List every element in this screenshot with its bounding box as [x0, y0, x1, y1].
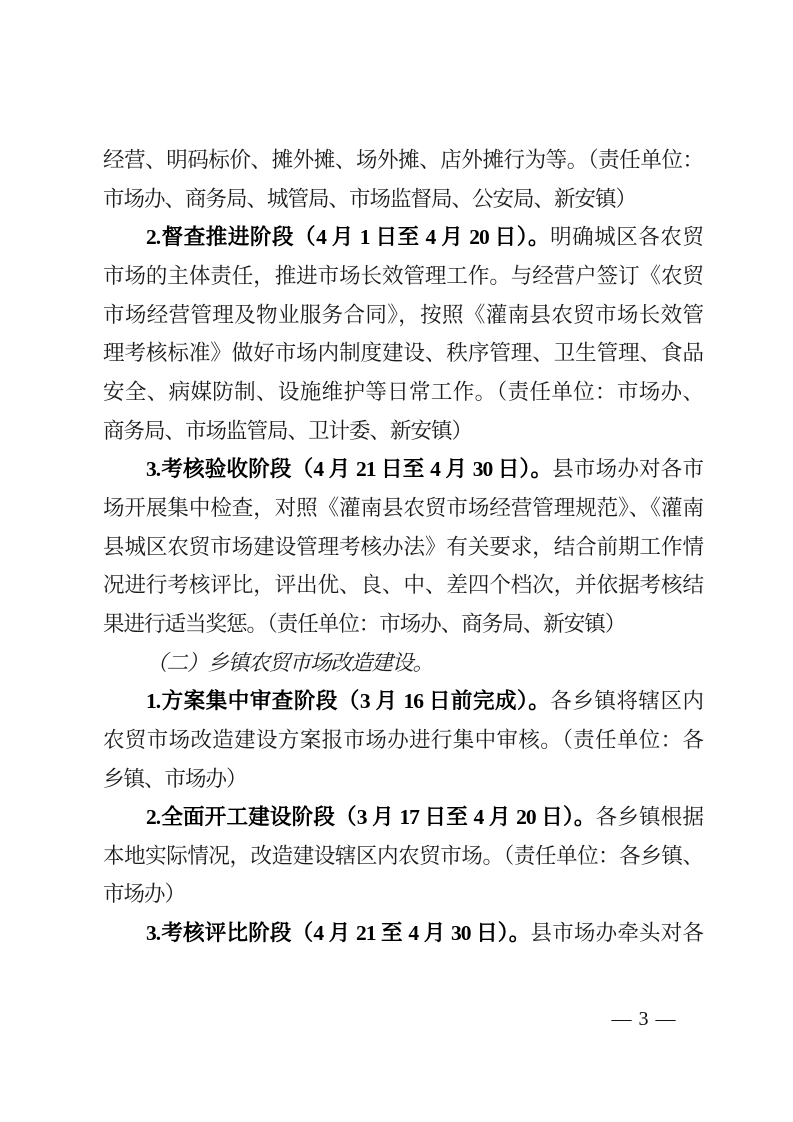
- text-segment: 商务局、市场监管局、卫计委、新安镇）: [103, 419, 472, 443]
- text-line: 商务局、市场监管局、卫计委、新安镇）: [103, 412, 703, 451]
- text-segment: 本地实际情况，改造建设辖区内农贸市场。（责任单位：各乡镇、: [103, 844, 703, 868]
- text-line: 果进行适当奖惩。（责任单位：市场办、商务局、新安镇）: [103, 605, 703, 644]
- document-page: 经营、明码标价、摊外摊、场外摊、店外摊行为等。（责任单位：市场办、商务局、城管局…: [0, 0, 793, 1122]
- text-segment: 明确城区各农贸: [550, 225, 703, 249]
- text-line: 2.全面开工建设阶段（3 月 17 日至 4 月 20 日）。各乡镇根据: [103, 798, 703, 837]
- section-heading-segment: （二）乡镇农贸市场改造建设。: [146, 651, 433, 675]
- text-segment: 各乡镇将辖区内: [550, 689, 703, 713]
- text-line: 市场的主体责任，推进市场长效管理工作。与经营户签订《农贸: [103, 257, 703, 296]
- text-segment: 农贸市场改造建设方案报市场办进行集中审核。（责任单位：各: [103, 728, 703, 752]
- text-segment: 市场办）: [103, 882, 185, 906]
- text-segment: 乡镇、市场办）: [103, 767, 247, 791]
- phase-heading-segment: 3.考核验收阶段（4 月 21 日至 4 月 30 日）。: [146, 457, 552, 481]
- text-line: 2.督查推进阶段（4 月 1 日至 4 月 20 日）。明确城区各农贸: [103, 218, 703, 257]
- text-line: 3.考核评比阶段（4 月 21 至 4 月 30 日）。县市场办牵头对各: [103, 914, 703, 953]
- phase-heading-segment: 1.方案集中审查阶段（3 月 16 日前完成）。: [146, 689, 550, 713]
- text-line: （二）乡镇农贸市场改造建设。: [103, 644, 703, 683]
- text-line: 况进行考核评比，评出优、良、中、差四个档次，并依据考核结: [103, 566, 703, 605]
- phase-heading-segment: 2.全面开工建设阶段（3 月 17 日至 4 月 20 日）。: [146, 805, 596, 829]
- text-segment: 果进行适当奖惩。（责任单位：市场办、商务局、新安镇）: [103, 612, 625, 636]
- text-segment: 县市场办牵头对各: [530, 921, 703, 945]
- text-line: 市场办）: [103, 875, 703, 914]
- text-segment: 况进行考核评比，评出优、良、中、差四个档次，并依据考核结: [103, 573, 703, 597]
- text-line: 场开展集中检查，对照《灌南县农贸市场经营管理规范》、《灌南: [103, 489, 703, 528]
- text-segment: 市场办、商务局、城管局、市场监督局、公安局、新安镇）: [103, 187, 636, 211]
- text-line: 县城区农贸市场建设管理考核办法》有关要求，结合前期工作情: [103, 528, 703, 567]
- text-line: 市场经营管理及物业服务合同》，按照《灌南县农贸市场长效管: [103, 296, 703, 335]
- text-line: 1.方案集中审查阶段（3 月 16 日前完成）。各乡镇将辖区内: [103, 682, 703, 721]
- text-line: 市场办、商务局、城管局、市场监督局、公安局、新安镇）: [103, 180, 703, 219]
- text-segment: 市场的主体责任，推进市场长效管理工作。与经营户签订《农贸: [103, 264, 703, 288]
- text-line: 安全、病媒防制、设施维护等日常工作。（责任单位：市场办、: [103, 373, 703, 412]
- document-body: 经营、明码标价、摊外摊、场外摊、店外摊行为等。（责任单位：市场办、商务局、城管局…: [103, 141, 703, 953]
- text-segment: 县城区农贸市场建设管理考核办法》有关要求，结合前期工作情: [103, 535, 703, 559]
- text-segment: 各乡镇根据: [596, 805, 703, 829]
- text-segment: 县市场办对各市: [552, 457, 703, 481]
- text-line: 乡镇、市场办）: [103, 760, 703, 799]
- text-segment: 安全、病媒防制、设施维护等日常工作。（责任单位：市场办、: [103, 380, 703, 404]
- text-segment: 场开展集中检查，对照《灌南县农贸市场经营管理规范》、《灌南: [103, 496, 703, 520]
- phase-heading-segment: 3.考核评比阶段（4 月 21 至 4 月 30 日）。: [146, 921, 530, 945]
- text-segment: 经营、明码标价、摊外摊、场外摊、店外摊行为等。（责任单位：: [103, 148, 703, 172]
- text-line: 本地实际情况，改造建设辖区内农贸市场。（责任单位：各乡镇、: [103, 837, 703, 876]
- text-line: 理考核标准》做好市场内制度建设、秩序管理、卫生管理、食品: [103, 334, 703, 373]
- phase-heading-segment: 2.督查推进阶段（4 月 1 日至 4 月 20 日）。: [146, 225, 550, 249]
- text-segment: 市场经营管理及物业服务合同》，按照《灌南县农贸市场长效管: [103, 303, 703, 327]
- text-line: 农贸市场改造建设方案报市场办进行集中审核。（责任单位：各: [103, 721, 703, 760]
- text-line: 3.考核验收阶段（4 月 21 日至 4 月 30 日）。县市场办对各市: [103, 450, 703, 489]
- text-line: 经营、明码标价、摊外摊、场外摊、店外摊行为等。（责任单位：: [103, 141, 703, 180]
- page-number: — 3 —: [608, 1008, 680, 1031]
- text-segment: 理考核标准》做好市场内制度建设、秩序管理、卫生管理、食品: [103, 341, 703, 365]
